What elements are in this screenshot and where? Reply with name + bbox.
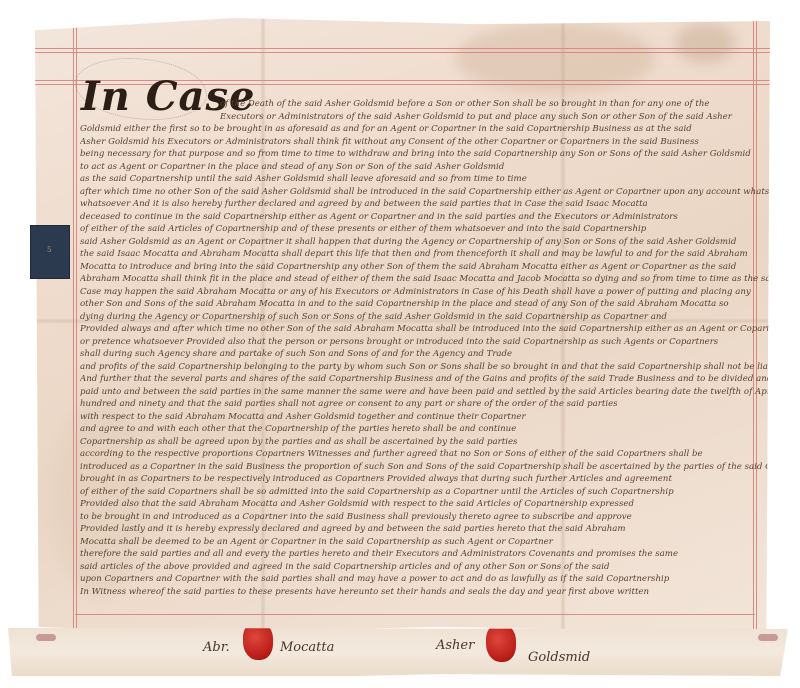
text-line: deceased to continue in the said Copartn… — [80, 211, 785, 224]
text-line: whatsoever And it is also hereby further… — [80, 198, 785, 211]
document-body: of the Death of the said Asher Goldsmid … — [80, 98, 785, 598]
text-line: to be brought in and introduced as a Cop… — [80, 511, 785, 524]
text-line: dying during the Agency or Copartnership… — [80, 311, 785, 324]
text-line: And further that the several parts and s… — [80, 373, 785, 386]
text-line: said articles of the above provided and … — [80, 561, 785, 574]
side-tab-label: 5 — [47, 246, 51, 254]
text-line: Abraham Mocatta shall think fit in the p… — [80, 273, 785, 286]
margin-line — [73, 18, 74, 633]
text-line: according to the respective proportions … — [80, 448, 785, 461]
wax-seal — [486, 624, 516, 662]
text-line: upon Copartners and Copartner with the s… — [80, 573, 785, 586]
ruled-line — [35, 48, 770, 49]
text-line: Asher Goldsmid his Executors or Administ… — [80, 136, 785, 149]
ribbon-slot — [36, 634, 56, 641]
text-line: the said Isaac Mocatta and Abraham Mocat… — [80, 248, 785, 261]
text-line: and profits of the said Copartnership be… — [80, 361, 785, 374]
text-line: as the said Copartnership until the said… — [80, 173, 785, 186]
water-stain — [675, 23, 735, 63]
parchment-document: In Case of the Death of the said Asher G… — [35, 18, 770, 633]
text-line: brought in as Copartners to be respectiv… — [80, 473, 785, 486]
text-line: shall during such Agency share and parta… — [80, 348, 785, 361]
side-index-tab: 5 — [30, 225, 70, 279]
text-line: Case may happen the said Abraham Mocatta… — [80, 286, 785, 299]
text-line: introduced as a Copartner in the said Bu… — [80, 461, 785, 474]
text-line: or pretence whatsoever Provided also tha… — [80, 336, 785, 349]
text-line: after which time no other Son of the sai… — [80, 186, 785, 199]
text-line: of either of the said Articles of Copart… — [80, 223, 785, 236]
signature-first-name: Asher — [436, 638, 474, 653]
text-line: In Witness whereof the said parties to t… — [80, 586, 785, 599]
text-line: Provided also that the said Abraham Moca… — [80, 498, 785, 511]
text-line: Goldsmid either the first so to be broug… — [80, 123, 785, 136]
signature-first-name: Abr. — [203, 640, 230, 655]
text-line: of either of the said Copartners shall b… — [80, 486, 785, 499]
text-line: Provided lastly and it is hereby express… — [80, 523, 785, 536]
text-line: being necessary for that purpose and so … — [80, 148, 785, 161]
text-line: Mocatta shall be deemed to be an Agent o… — [80, 536, 785, 549]
text-line: Provided always and after which time no … — [80, 323, 785, 336]
water-stain — [455, 23, 655, 93]
text-line: of the Death of the said Asher Goldsmid … — [80, 98, 785, 111]
text-line: other Son and Sons of the said Abraham M… — [80, 298, 785, 311]
text-line: said Asher Goldsmid as an Agent or Copar… — [80, 236, 785, 249]
text-line: paid unto and between the said parties i… — [80, 386, 785, 399]
text-line: Copartnership as shall be agreed upon by… — [80, 436, 785, 449]
text-line: to act as Agent or Copartner in the plac… — [80, 161, 785, 174]
margin-line — [76, 18, 77, 633]
text-line: therefore the said parties and all and e… — [80, 548, 785, 561]
ruled-line — [35, 52, 770, 53]
signature-last-name: Mocatta — [280, 640, 334, 655]
ribbon-slot — [758, 634, 778, 641]
text-line: Mocatta to introduce and bring into the … — [80, 261, 785, 274]
signature-last-name: Goldsmid — [528, 650, 590, 665]
text-line: hundred and ninety and that the said par… — [80, 398, 785, 411]
text-line: with respect to the said Abraham Mocatta… — [80, 411, 785, 424]
text-line: Executors or Administrators of the said … — [80, 111, 785, 124]
ruled-line — [75, 614, 755, 615]
text-line: and agree to and with each other that th… — [80, 423, 785, 436]
bottom-fold-flap: Abr. Mocatta Asher Goldsmid — [8, 628, 788, 676]
